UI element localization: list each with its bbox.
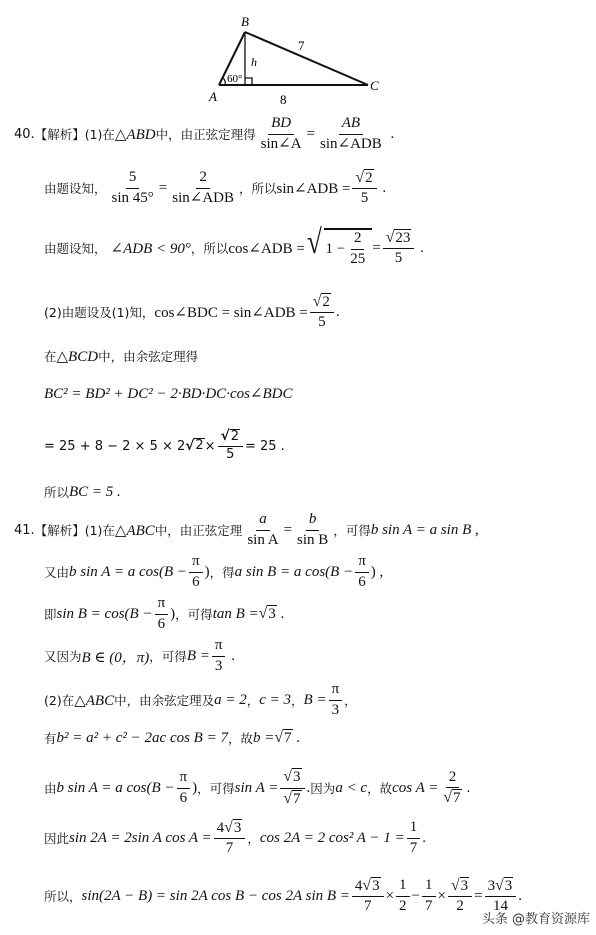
q40-line2-prefix: 由题设知， <box>44 179 107 197</box>
q40-part1-mid: 中，由正弦定理得 <box>156 125 256 143</box>
q41-number: 41. <box>14 523 35 538</box>
q40-line-2: 由题设知， 5sin 45° = 2sin∠ADB ，所以 sin∠ADB = … <box>44 166 386 210</box>
fraction-sqrt2-5: √25 <box>352 169 376 208</box>
q41-line-5: (2)在 △ABC 中，由余弦定理及 a = 2 ， c = 3 ， B = π… <box>44 680 357 720</box>
vertex-b-label: B <box>241 14 249 29</box>
q40-tag: 【解析】 <box>35 125 85 143</box>
q40-conclusion: 所以 BC = 5 . <box>44 482 121 502</box>
triangle-figure: B A C h 60° 7 8 <box>205 10 385 110</box>
triangle-abd: △ABD <box>115 125 156 144</box>
q41-line-3: 即 sin B = cos(B − π6 ) ，可得 tan B = √3 . <box>44 594 284 634</box>
vertex-c-label: C <box>370 78 379 93</box>
q41-tag: 【解析】 <box>35 521 85 539</box>
fraction-bd-sina: BDsin∠A <box>258 115 305 153</box>
fraction-5-sin45: 5sin 45° <box>109 169 157 207</box>
q40-line-3: 由题设知， ∠ADB < 90° ，所以 cos∠ADB = √ 1 −225 … <box>44 224 424 272</box>
side-bc-label: 7 <box>298 38 305 53</box>
fraction-ab-sinadb: ABsin∠ADB <box>317 115 385 153</box>
q40-line3-prefix: 由题设知， <box>44 239 107 257</box>
q40-part1-intro: (1)在 <box>85 125 115 143</box>
fraction-sqrt2-5-c: √25 <box>218 429 243 463</box>
triangle-bcd: △BCD <box>57 347 99 366</box>
fraction-2-sinadb: 2sin∠ADB <box>169 169 237 207</box>
cos-bdc-expr: cos∠BDC = sin∠ADB = <box>154 303 307 322</box>
law-of-cosines-expr: BC² = BD² + DC² − 2·BD·DC·cos∠BDC <box>44 384 293 403</box>
q41-line-4: 又因为 B ∈ (0，π) ，可得 B = π3 . <box>44 636 235 676</box>
equals: = <box>307 126 315 143</box>
calc-pre: = 25 + 8 − 2 × 5 × 2 <box>44 439 185 454</box>
angle-label: 60° <box>227 73 242 85</box>
fraction-sqrt2-5-b: √25 <box>310 293 334 332</box>
fraction-sqrt23-5: √235 <box>383 229 415 268</box>
q41-line-7: 由 b sin A = a cos(B − π6 ) ，可得 sin A = √… <box>44 766 470 810</box>
bc-equals-5: BC = 5 . <box>69 484 121 501</box>
height-label: h <box>251 55 257 69</box>
q40-calc-line: = 25 + 8 − 2 × 5 × 2 √2 × √25 = 25 . <box>44 424 285 468</box>
side-ac-label: 8 <box>280 92 287 107</box>
cos-adb-lhs: cos∠ADB = <box>228 239 304 258</box>
q41-line-9: 所以， sin(2A − B) = sin 2A cos B − cos 2A … <box>44 874 522 918</box>
sin-adb-lhs: sin∠ADB = <box>277 179 351 198</box>
q40-cos-intro: 在 △BCD 中，由余弦定理得 <box>44 346 198 366</box>
q41-line-2: 又由 b sin A = a cos(B − π6 ) ，得 a sin B =… <box>44 552 383 592</box>
q40-part2-prefix: (2)由题设及(1)知， <box>44 303 154 321</box>
q40-line-1: 40. 【解析】 (1)在 △ABD 中，由正弦定理得 BDsin∠A = AB… <box>14 114 394 154</box>
triangle-abc: △ABC <box>115 521 155 540</box>
q40-line2-mid: ，所以 <box>239 179 277 197</box>
vertex-a-label: A <box>208 89 217 104</box>
q40-law-of-cosines: BC² = BD² + DC² − 2·BD·DC·cos∠BDC <box>44 383 293 403</box>
big-sqrt-expression: √ 1 −225 <box>305 228 372 268</box>
angle-condition: ∠ADB < 90° <box>111 239 191 258</box>
q40-part2-line: (2)由题设及(1)知， cos∠BDC = sin∠ADB = √25 . <box>44 290 340 334</box>
q41-line-8: 因此 sin 2A = 2sin A cos A = 4√37 ， cos 2A… <box>44 816 426 860</box>
q41-line-6: 有 b² = a² + c² − 2ac cos B = 7 ，故 b = √7… <box>44 726 300 750</box>
q40-number: 40. <box>14 127 35 142</box>
q41-line-1: 41. 【解析】 (1)在 △ABC 中，由正弦定理 asin A = bsin… <box>14 508 479 552</box>
watermark: 头条 @教育资源库 <box>482 908 590 927</box>
q40-line3-mid: ，所以 <box>191 239 229 257</box>
